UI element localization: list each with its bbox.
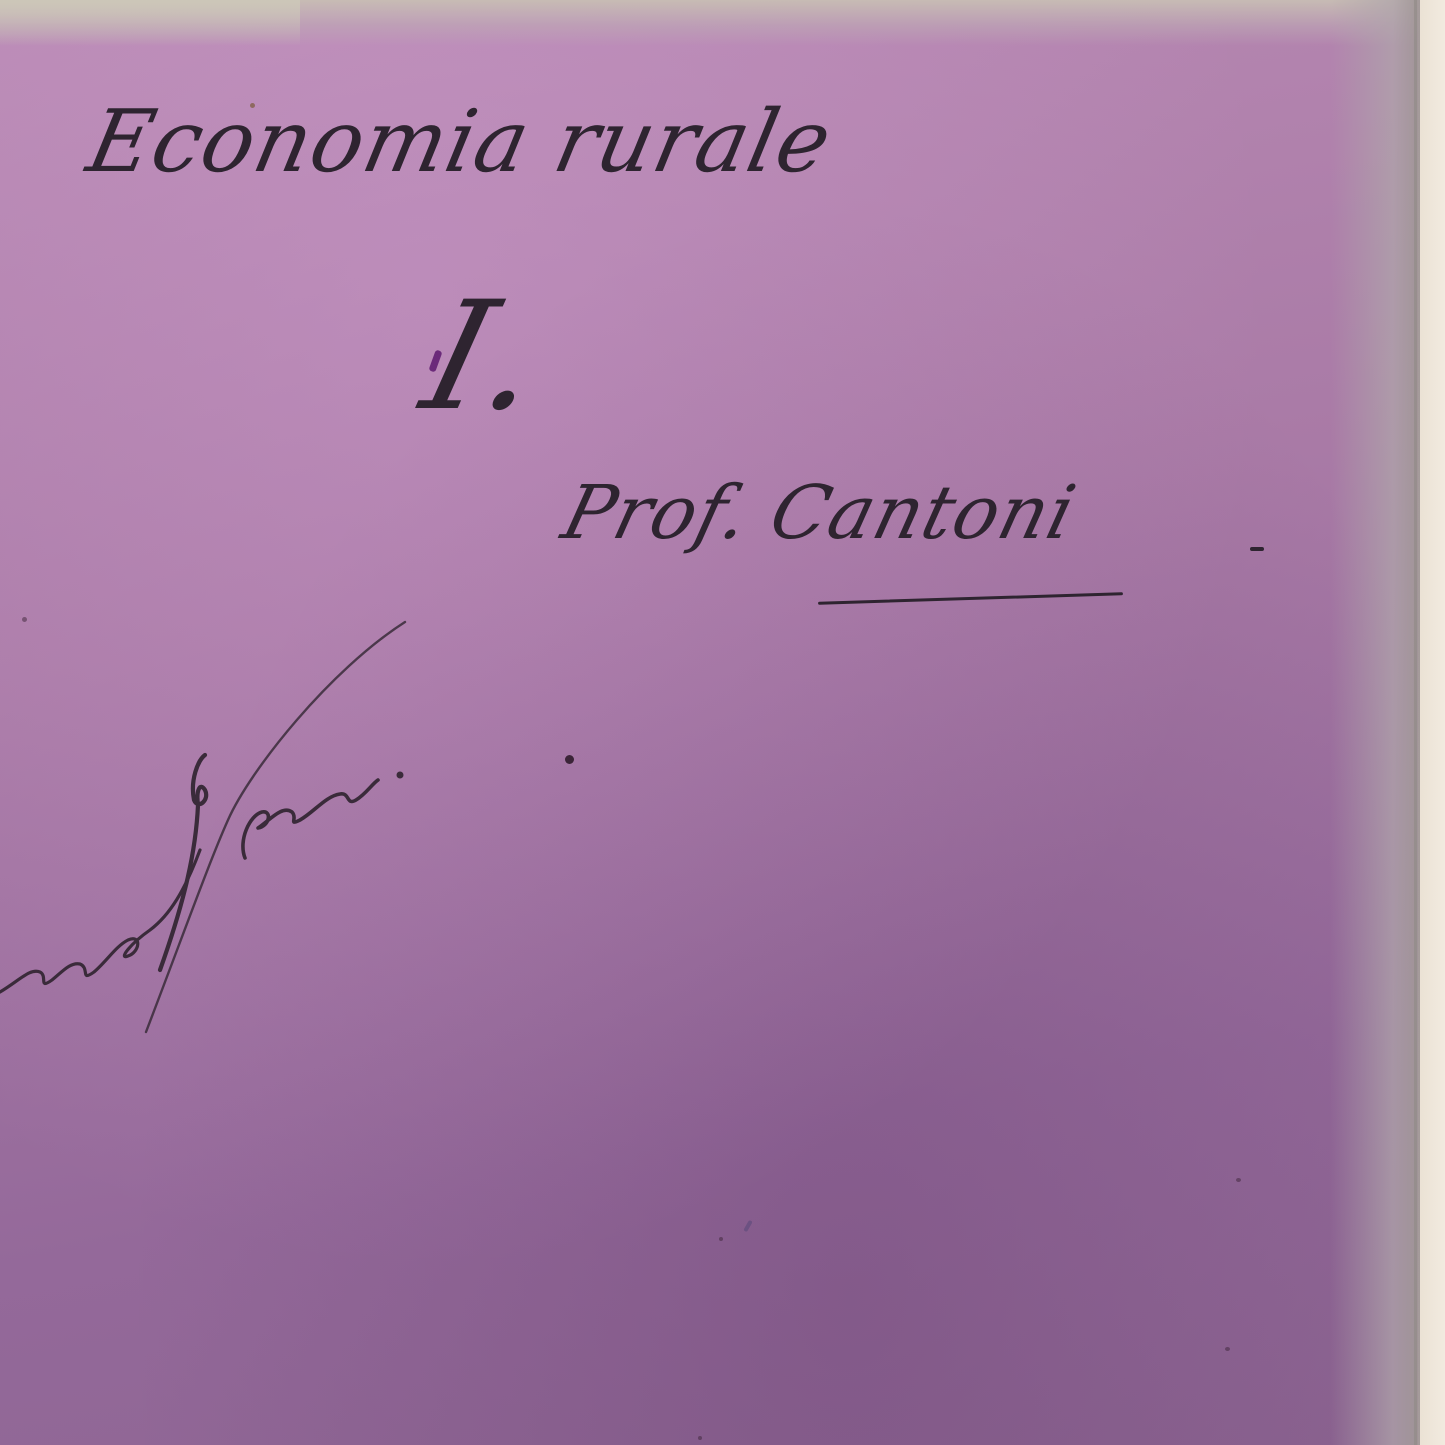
handwritten-title: Economia rurale: [79, 92, 840, 192]
faded-right-edge: [1330, 0, 1420, 1445]
author-name: Cantoni: [762, 470, 1084, 556]
author-trailing-dash: [1250, 547, 1264, 551]
handwritten-author-line: Prof. Cantoni: [554, 470, 1084, 556]
author-prefix: Prof.: [554, 470, 783, 556]
paper-speck: [698, 1436, 702, 1440]
author-underline: [818, 592, 1123, 605]
paper-speck: [719, 1237, 723, 1241]
faded-top-edge: [0, 0, 1418, 46]
paper-right-edge: [1414, 0, 1417, 1445]
purple-paper-cover: Economia rurale I. Prof. Cantoni: [0, 0, 1418, 1445]
handwritten-volume-numeral: I.: [408, 270, 560, 444]
paper-speck: [1225, 1347, 1230, 1351]
handwritten-signature: [0, 600, 620, 1060]
paper-speck: [1236, 1178, 1241, 1182]
photo-scene: Economia rurale I. Prof. Cantoni: [0, 0, 1445, 1445]
paper-speck: [743, 1220, 752, 1232]
